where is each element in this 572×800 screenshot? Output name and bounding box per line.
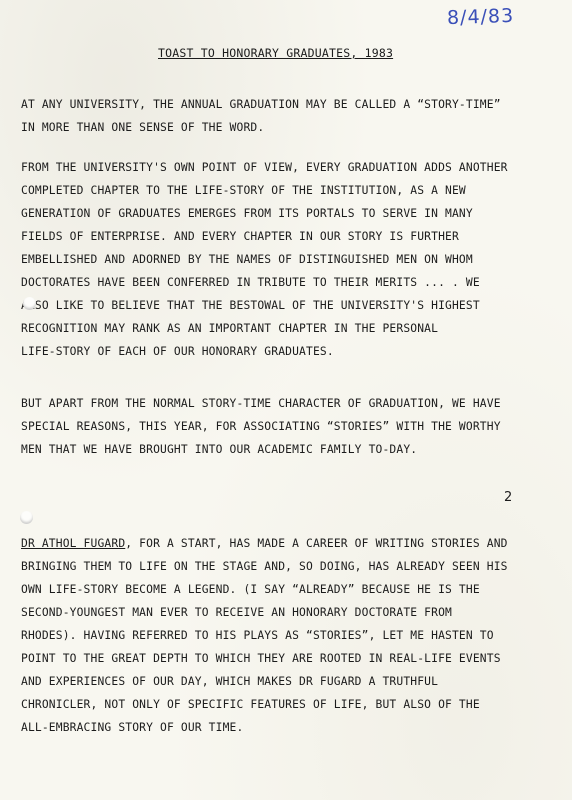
- text-line: FIELDS OF ENTERPRISE. AND EVERY CHAPTER …: [21, 225, 508, 248]
- punch-hole-mark: [20, 511, 33, 524]
- text-line: RHODES). HAVING REFERRED TO HIS PLAYS AS…: [21, 624, 508, 647]
- text-line: OWN LIFE-STORY BECOME A LEGEND. (I SAY “…: [21, 578, 508, 601]
- page-number: 2: [504, 490, 512, 505]
- paragraph-1: AT ANY UNIVERSITY, THE ANNUAL GRADUATION…: [21, 93, 501, 139]
- text-line: AND EXPERIENCES OF OUR DAY, WHICH MAKES …: [21, 670, 508, 693]
- paragraph-2: FROM THE UNIVERSITY'S OWN POINT OF VIEW,…: [21, 156, 508, 363]
- honoree-name: DR ATHOL FUGARD: [21, 537, 125, 550]
- text-line: DR ATHOL FUGARD, FOR A START, HAS MADE A…: [21, 532, 508, 555]
- punch-hole-mark: [23, 297, 36, 310]
- text-line: CHRONICLER, NOT ONLY OF SPECIFIC FEATURE…: [21, 693, 508, 716]
- text-line: DOCTORATES HAVE BEEN CONFERRED IN TRIBUT…: [21, 271, 508, 294]
- text-line: AT ANY UNIVERSITY, THE ANNUAL GRADUATION…: [21, 93, 501, 116]
- text-fragment: , FOR A START, HAS MADE A CAREER OF WRIT…: [125, 537, 507, 550]
- text-line: ALSO LIKE TO BELIEVE THAT THE BESTOWAL O…: [21, 294, 508, 317]
- text-line: GENERATION OF GRADUATES EMERGES FROM ITS…: [21, 202, 508, 225]
- text-line: RECOGNITION MAY RANK AS AN IMPORTANT CHA…: [21, 317, 508, 340]
- text-line: BRINGING THEM TO LIFE ON THE STAGE AND, …: [21, 555, 508, 578]
- text-line: ALL-EMBRACING STORY OF OUR TIME.: [21, 716, 508, 739]
- text-line: POINT TO THE GREAT DEPTH TO WHICH THEY A…: [21, 647, 508, 670]
- text-line: BUT APART FROM THE NORMAL STORY-TIME CHA…: [21, 392, 501, 415]
- document-title: TOAST TO HONORARY GRADUATES, 1983: [158, 46, 393, 60]
- text-line: IN MORE THAN ONE SENSE OF THE WORD.: [21, 116, 501, 139]
- text-line: EMBELLISHED AND ADORNED BY THE NAMES OF …: [21, 248, 508, 271]
- text-line: FROM THE UNIVERSITY'S OWN POINT OF VIEW,…: [21, 156, 508, 179]
- handwritten-date: 8/4/83: [447, 5, 515, 29]
- text-line: SECOND-YOUNGEST MAN EVER TO RECEIVE AN H…: [21, 601, 508, 624]
- paragraph-4: DR ATHOL FUGARD, FOR A START, HAS MADE A…: [21, 532, 508, 739]
- text-line: LIFE-STORY OF EACH OF OUR HONORARY GRADU…: [21, 340, 508, 363]
- document-page: 8/4/83 TOAST TO HONORARY GRADUATES, 1983…: [0, 0, 572, 800]
- paragraph-3: BUT APART FROM THE NORMAL STORY-TIME CHA…: [21, 392, 501, 461]
- text-line: MEN THAT WE HAVE BROUGHT INTO OUR ACADEM…: [21, 438, 501, 461]
- text-line: COMPLETED CHAPTER TO THE LIFE-STORY OF T…: [21, 179, 508, 202]
- text-line: SPECIAL REASONS, THIS YEAR, FOR ASSOCIAT…: [21, 415, 501, 438]
